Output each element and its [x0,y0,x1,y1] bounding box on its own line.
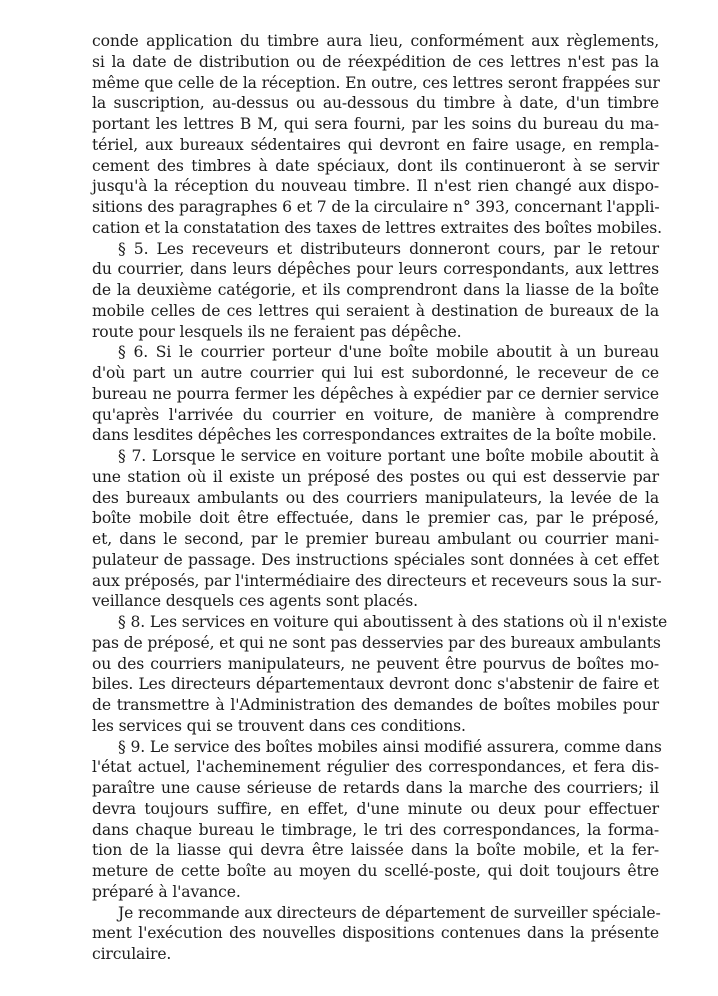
text-line: § 8. Les services en voiture qui aboutis… [92,612,659,633]
text-line: tériel, aux bureaux sédentaires qui devr… [92,135,659,156]
text-line: route pour lesquels ils ne feraient pas … [92,322,659,343]
text-line: si la date de distribution ou de réexpéd… [92,52,659,73]
text-line: aux préposés, par l'intermédiaire des di… [92,571,659,592]
text-line: tion de la liasse qui devra être laissée… [92,840,659,861]
text-line: sitions des paragraphes 6 et 7 de la cir… [92,197,659,218]
text-line: d'où part un autre courrier qui lui est … [92,363,659,384]
paragraph-s9: § 9. Le service des boîtes mobiles ainsi… [92,737,659,903]
text-line: du courrier, dans leurs dépêches pour le… [92,259,659,280]
text-line: cation et la constatation des taxes de l… [92,218,659,239]
text-line: bureau ne pourra fermer les dépêches à e… [92,384,659,405]
text-line: pulateur de passage. Des instructions sp… [92,550,659,571]
text-line: devra toujours suffire, en effet, d'une … [92,799,659,820]
text-line: Je recommande aux directeurs de départem… [92,903,659,924]
text-line: ment l'exécution des nouvelles dispositi… [92,923,659,944]
text-line: § 6. Si le courrier porteur d'une boîte … [92,342,659,363]
text-line: portant les lettres B M, qui sera fourni… [92,114,659,135]
text-line: circulaire. [92,944,659,965]
paragraph-s8: § 8. Les services en voiture qui aboutis… [92,612,659,737]
text-line: cement des timbres à date spéciaux, dont… [92,156,659,177]
text-line: et, dans le second, par le premier burea… [92,529,659,550]
text-line: boîte mobile doit être effectuée, dans l… [92,508,659,529]
text-line: § 7. Lorsque le service en voiture porta… [92,446,659,467]
paragraph-closing: Je recommande aux directeurs de départem… [92,903,659,965]
document-page: conde application du timbre aura lieu, c… [92,31,659,965]
text-line: ou des courriers manipulateurs, ne peuve… [92,654,659,675]
text-line: des bureaux ambulants ou des courriers m… [92,488,659,509]
text-line: § 5. Les receveurs et distributeurs donn… [92,239,659,260]
text-line: de la deuxième catégorie, et ils compren… [92,280,659,301]
text-line: jusqu'à la réception du nouveau timbre. … [92,176,659,197]
text-line: § 9. Le service des boîtes mobiles ainsi… [92,737,659,758]
text-line: l'état actuel, l'acheminement régulier d… [92,757,659,778]
paragraph-s7: § 7. Lorsque le service en voiture porta… [92,446,659,612]
text-line: même que celle de la réception. En outre… [92,73,659,94]
text-line: mobile celles de ces lettres qui seraien… [92,301,659,322]
text-line: préparé à l'avance. [92,882,659,903]
text-line: la suscription, au-dessus ou au-dessous … [92,93,659,114]
text-line: conde application du timbre aura lieu, c… [92,31,659,52]
text-line: paraître une cause sérieuse de retards d… [92,778,659,799]
text-line: dans lesdites dépêches les correspondanc… [92,425,659,446]
text-line: une station où il existe un préposé des … [92,467,659,488]
paragraph-s6: § 6. Si le courrier porteur d'une boîte … [92,342,659,446]
text-line: de transmettre à l'Administration des de… [92,695,659,716]
paragraph-s5: § 5. Les receveurs et distributeurs donn… [92,239,659,343]
text-line: meture de cette boîte au moyen du scellé… [92,861,659,882]
paragraph-p0: conde application du timbre aura lieu, c… [92,31,659,239]
text-line: qu'après l'arrivée du courrier en voitur… [92,405,659,426]
text-line: biles. Les directeurs départementaux dev… [92,674,659,695]
text-line: pas de préposé, et qui ne sont pas desse… [92,633,659,654]
text-line: dans chaque bureau le timbrage, le tri d… [92,820,659,841]
text-line: veillance desquels ces agents sont placé… [92,591,659,612]
text-line: les services qui se trouvent dans ces co… [92,716,659,737]
